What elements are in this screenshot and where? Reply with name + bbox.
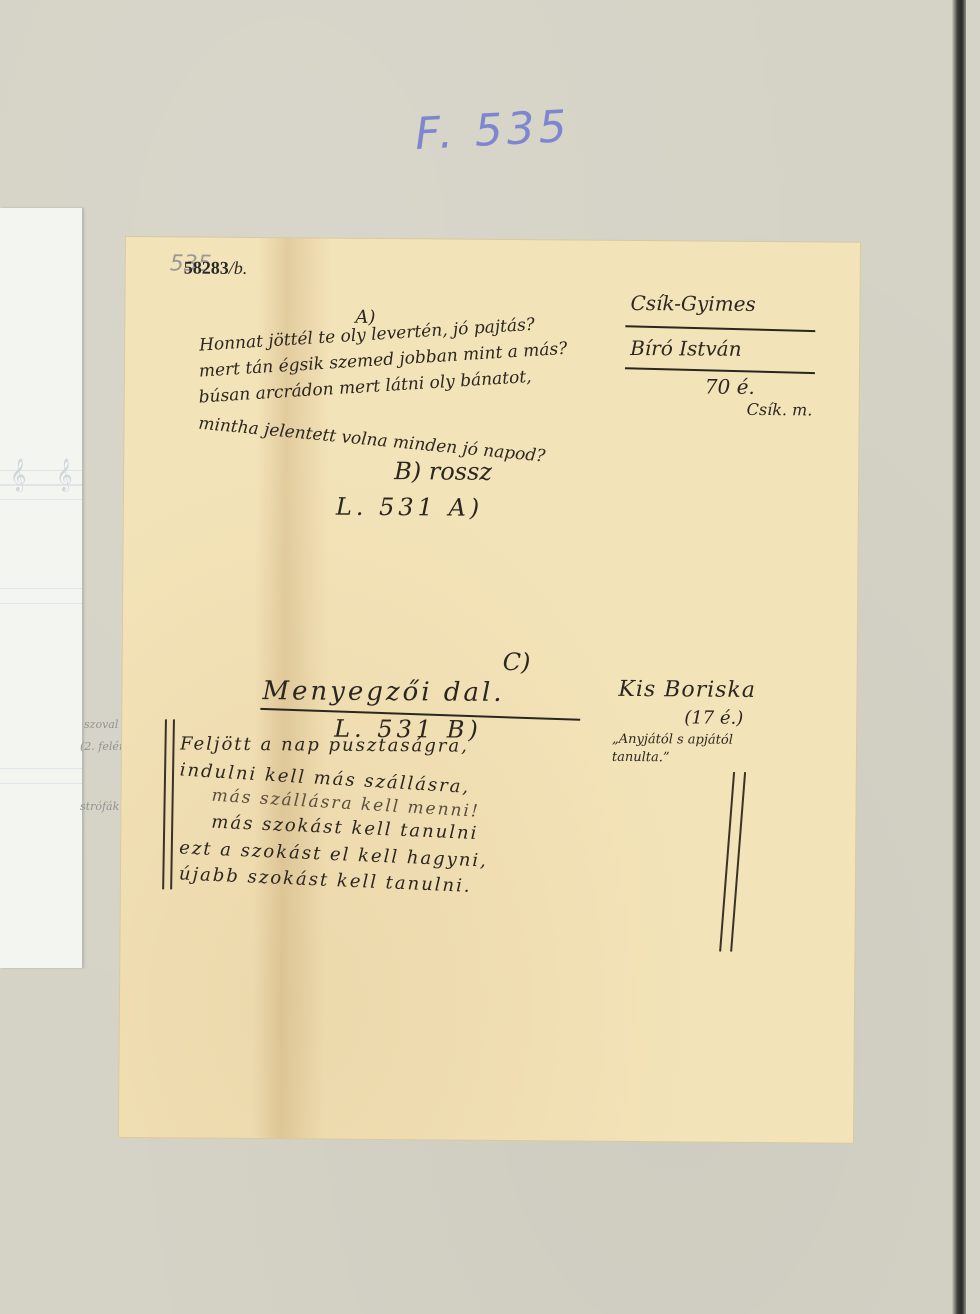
informant-age: 70 é.: [705, 375, 755, 399]
treble-clef-icon: 𝄞: [10, 458, 27, 492]
informant-c-name: Kis Boriska: [618, 677, 756, 703]
staff-line: [0, 588, 82, 604]
informant-c-age: (17 é.): [684, 707, 743, 728]
margin-line: [162, 719, 166, 889]
informant-place: Csík-Gyimes: [630, 291, 755, 316]
informant-c-note: „Anyjától s apjától tanulta.”: [612, 731, 782, 768]
verse-line: Feljött a nap pusztaságra,: [180, 733, 469, 756]
divider-rule: [625, 367, 815, 374]
section-b-label: B) rossz: [394, 457, 492, 486]
informant-name: Bíró István: [630, 336, 742, 361]
verse-line: mintha jelentett volna minden jó napod?: [198, 414, 547, 467]
music-sheet-strip: 𝄞 𝄞: [0, 208, 82, 968]
reference-stamp: F. 535: [414, 101, 572, 160]
section-b-reference: L. 531 A): [336, 493, 484, 522]
manuscript-slip: 535 58283/b. Csík-Gyimes Bíró István 70 …: [119, 237, 860, 1143]
pencil-note: szoval: [84, 718, 118, 731]
section-c-label: C): [503, 648, 531, 676]
margin-line: [170, 719, 174, 889]
song-title: Menyegzői dal.: [262, 676, 504, 708]
pencil-note: strófák: [80, 800, 119, 813]
mount-edge: [952, 0, 966, 1314]
informant-region: Csík. m.: [747, 400, 813, 420]
archival-mount: F. 535 𝄞 𝄞 szoval (2. felére) strófák 53…: [0, 0, 966, 1314]
staff-line: [0, 768, 82, 784]
catalog-number: 58283/b.: [184, 257, 248, 278]
divider-rule: [625, 325, 815, 332]
treble-clef-icon: 𝄞: [56, 458, 73, 492]
